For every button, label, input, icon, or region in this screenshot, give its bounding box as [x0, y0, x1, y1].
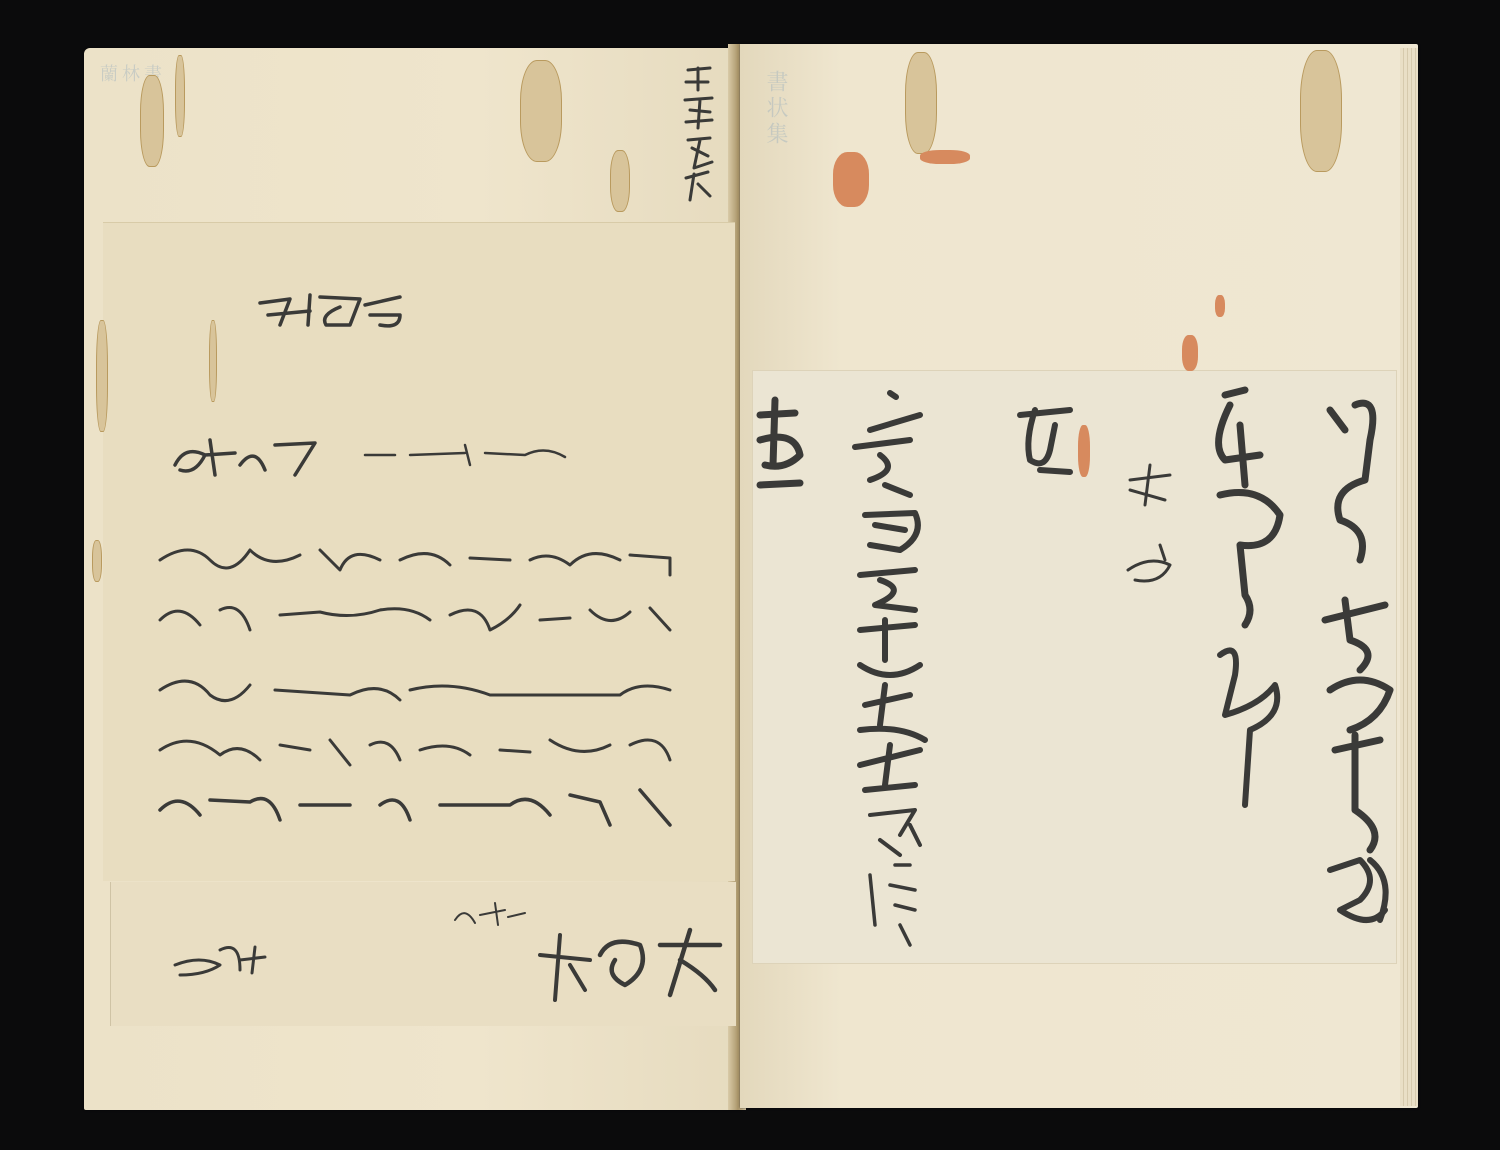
- wormhole-stain: [92, 540, 102, 582]
- slip-large-column-left-calligraphy: [1200, 385, 1290, 825]
- margin-note-calligraphy: [680, 60, 720, 210]
- wormhole-stain: [905, 52, 937, 154]
- slip-edge-fragment-calligraphy: [755, 395, 805, 495]
- wormhole-stain: [96, 320, 108, 432]
- slip-small-mark-calligraphy: [1010, 400, 1080, 480]
- lower-slip-note-calligraphy: [450, 895, 530, 935]
- wormhole-stain-orange: [1215, 295, 1225, 317]
- slip-large-column-right-calligraphy: [1310, 390, 1400, 960]
- wormhole-stain-orange: [920, 150, 970, 164]
- wormhole-stain-orange: [1182, 335, 1198, 371]
- wormhole-stain: [520, 60, 562, 162]
- wormhole-stain-orange: [833, 152, 869, 207]
- slip-address-column-calligraphy: [840, 385, 940, 955]
- slip-body-calligraphy: [150, 540, 710, 840]
- lower-slip-signature-calligraphy: [170, 935, 270, 985]
- slip-subheader-calligraphy: [165, 425, 585, 485]
- wormhole-stain: [610, 150, 630, 212]
- slip-middle-mark-calligraphy: [1120, 460, 1180, 600]
- wormhole-stain: [1300, 50, 1342, 172]
- bleed-through-text: 書状集: [760, 70, 791, 148]
- slip-header-calligraphy: [250, 285, 410, 345]
- wormhole-stain: [140, 75, 164, 167]
- page-edge-stack: [1400, 48, 1418, 1106]
- wormhole-stain: [209, 320, 217, 402]
- lower-slip-name-calligraphy: [530, 915, 730, 1005]
- wormhole-stain: [175, 55, 185, 137]
